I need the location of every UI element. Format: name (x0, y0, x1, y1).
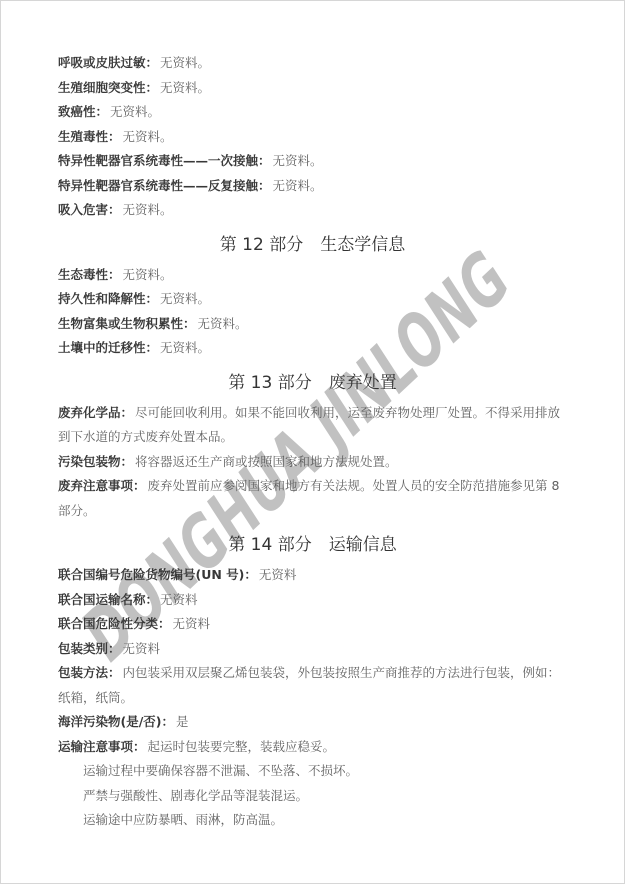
field-label: 污染包装物： (58, 454, 133, 469)
field-value: 是 (176, 714, 189, 729)
sds-document-page: DONGHUA JINLONG 呼吸或皮肤过敏：无资料。生殖细胞突变性：无资料。… (0, 0, 625, 884)
doc-line: 生殖细胞突变性：无资料。 (58, 76, 567, 101)
doc-line: 运输过程中要确保容器不泄漏、不坠落、不损坏。 (58, 759, 567, 784)
field-label: 联合国危险性分类： (58, 616, 171, 631)
field-value: 严禁与强酸性、剧毒化学品等混装混运。 (83, 788, 308, 803)
doc-line: 严禁与强酸性、剧毒化学品等混装混运。 (58, 784, 567, 809)
field-value: 无资料 (259, 567, 297, 582)
section-header: 第 13 部分 废弃处置 (58, 371, 567, 396)
field-value: 无资料。 (160, 55, 210, 70)
field-value: 无资料。 (110, 104, 160, 119)
field-label: 海洋污染物(是/否)： (58, 714, 174, 729)
field-value: 运输过程中要确保容器不泄漏、不坠落、不损坏。 (83, 763, 358, 778)
field-value: 无资料。 (123, 129, 173, 144)
field-label: 生殖毒性： (58, 129, 121, 144)
field-value: 起运时包装要完整，装载应稳妥。 (148, 739, 336, 754)
field-label: 包装类别： (58, 641, 121, 656)
doc-line: 特异性靶器官系统毒性——一次接触：无资料。 (58, 149, 567, 174)
field-value: 废弃处置前应参阅国家和地方有关法规。处置人员的安全防范措施参见第 8 (148, 478, 560, 493)
field-label: 生殖细胞突变性： (58, 80, 158, 95)
doc-line: 生态毒性：无资料。 (58, 263, 567, 288)
section-block: 联合国编号危险货物编号(UN 号)：无资料联合国运输名称：无资料联合国危险性分类… (58, 563, 567, 833)
doc-line: 废弃注意事项：废弃处置前应参阅国家和地方有关法规。处置人员的安全防范措施参见第 … (58, 474, 567, 499)
field-value: 无资料。 (160, 291, 210, 306)
doc-line: 到下水道的方式废弃处置本品。 (58, 425, 567, 450)
doc-line: 生殖毒性：无资料。 (58, 125, 567, 150)
section-header: 第 14 部分 运输信息 (58, 533, 567, 558)
field-label: 特异性靶器官系统毒性——一次接触： (58, 153, 271, 168)
field-value: 无资料 (160, 592, 198, 607)
section-block: 生态毒性：无资料。持久性和降解性：无资料。生物富集或生物积累性：无资料。土壤中的… (58, 263, 567, 361)
doc-line: 纸箱，纸筒。 (58, 686, 567, 711)
doc-line: 致癌性：无资料。 (58, 100, 567, 125)
field-value: 无资料。 (273, 153, 323, 168)
doc-line: 包装方法：内包装采用双层聚乙烯包装袋，外包装按照生产商推荐的方法进行包装，例如： (58, 661, 567, 686)
field-value: 到下水道的方式废弃处置本品。 (58, 429, 233, 444)
field-value: 内包装采用双层聚乙烯包装袋，外包装按照生产商推荐的方法进行包装，例如： (123, 665, 561, 680)
field-value: 无资料。 (160, 80, 210, 95)
field-label: 废弃化学品： (58, 405, 133, 420)
document-content: 呼吸或皮肤过敏：无资料。生殖细胞突变性：无资料。致癌性：无资料。生殖毒性：无资料… (1, 1, 624, 833)
field-value: 无资料 (173, 616, 211, 631)
doc-line: 土壤中的迁移性：无资料。 (58, 336, 567, 361)
doc-line: 运输途中应防暴晒、雨淋，防高温。 (58, 808, 567, 833)
field-value: 无资料。 (123, 202, 173, 217)
doc-line: 联合国危险性分类：无资料 (58, 612, 567, 637)
field-value: 无资料。 (273, 178, 323, 193)
field-value: 无资料。 (123, 267, 173, 282)
field-label: 吸入危害： (58, 202, 121, 217)
doc-line: 部分。 (58, 499, 567, 524)
field-value: 尽可能回收利用。如果不能回收利用，运至废弃物处理厂处置。不得采用排放 (135, 405, 560, 420)
field-value: 无资料。 (160, 340, 210, 355)
field-value: 将容器返还生产商或按照国家和地方法规处置。 (135, 454, 398, 469)
field-label: 土壤中的迁移性： (58, 340, 158, 355)
doc-line: 废弃化学品：尽可能回收利用。如果不能回收利用，运至废弃物处理厂处置。不得采用排放 (58, 401, 567, 426)
field-label: 联合国编号危险货物编号(UN 号)： (58, 567, 257, 582)
section-header: 第 12 部分 生态学信息 (58, 233, 567, 258)
doc-line: 包装类别：无资料 (58, 637, 567, 662)
doc-line: 运输注意事项：起运时包装要完整，装载应稳妥。 (58, 735, 567, 760)
doc-line: 联合国运输名称：无资料 (58, 588, 567, 613)
section-block: 废弃化学品：尽可能回收利用。如果不能回收利用，运至废弃物处理厂处置。不得采用排放… (58, 401, 567, 524)
doc-line: 海洋污染物(是/否)：是 (58, 710, 567, 735)
field-label: 持久性和降解性： (58, 291, 158, 306)
field-label: 呼吸或皮肤过敏： (58, 55, 158, 70)
field-label: 生物富集或生物积累性： (58, 316, 196, 331)
field-label: 废弃注意事项： (58, 478, 146, 493)
doc-line: 生物富集或生物积累性：无资料。 (58, 312, 567, 337)
field-label: 特异性靶器官系统毒性——反复接触： (58, 178, 271, 193)
field-label: 生态毒性： (58, 267, 121, 282)
field-label: 包装方法： (58, 665, 121, 680)
field-value: 运输途中应防暴晒、雨淋，防高温。 (83, 812, 283, 827)
field-value: 纸箱，纸筒。 (58, 690, 133, 705)
field-value: 部分。 (58, 503, 96, 518)
field-value: 无资料。 (198, 316, 248, 331)
field-label: 致癌性： (58, 104, 108, 119)
section-block: 呼吸或皮肤过敏：无资料。生殖细胞突变性：无资料。致癌性：无资料。生殖毒性：无资料… (58, 51, 567, 223)
doc-line: 呼吸或皮肤过敏：无资料。 (58, 51, 567, 76)
field-value: 无资料 (123, 641, 161, 656)
doc-line: 联合国编号危险货物编号(UN 号)：无资料 (58, 563, 567, 588)
doc-line: 吸入危害：无资料。 (58, 198, 567, 223)
doc-line: 污染包装物：将容器返还生产商或按照国家和地方法规处置。 (58, 450, 567, 475)
field-label: 运输注意事项： (58, 739, 146, 754)
field-label: 联合国运输名称： (58, 592, 158, 607)
doc-line: 持久性和降解性：无资料。 (58, 287, 567, 312)
doc-line: 特异性靶器官系统毒性——反复接触：无资料。 (58, 174, 567, 199)
